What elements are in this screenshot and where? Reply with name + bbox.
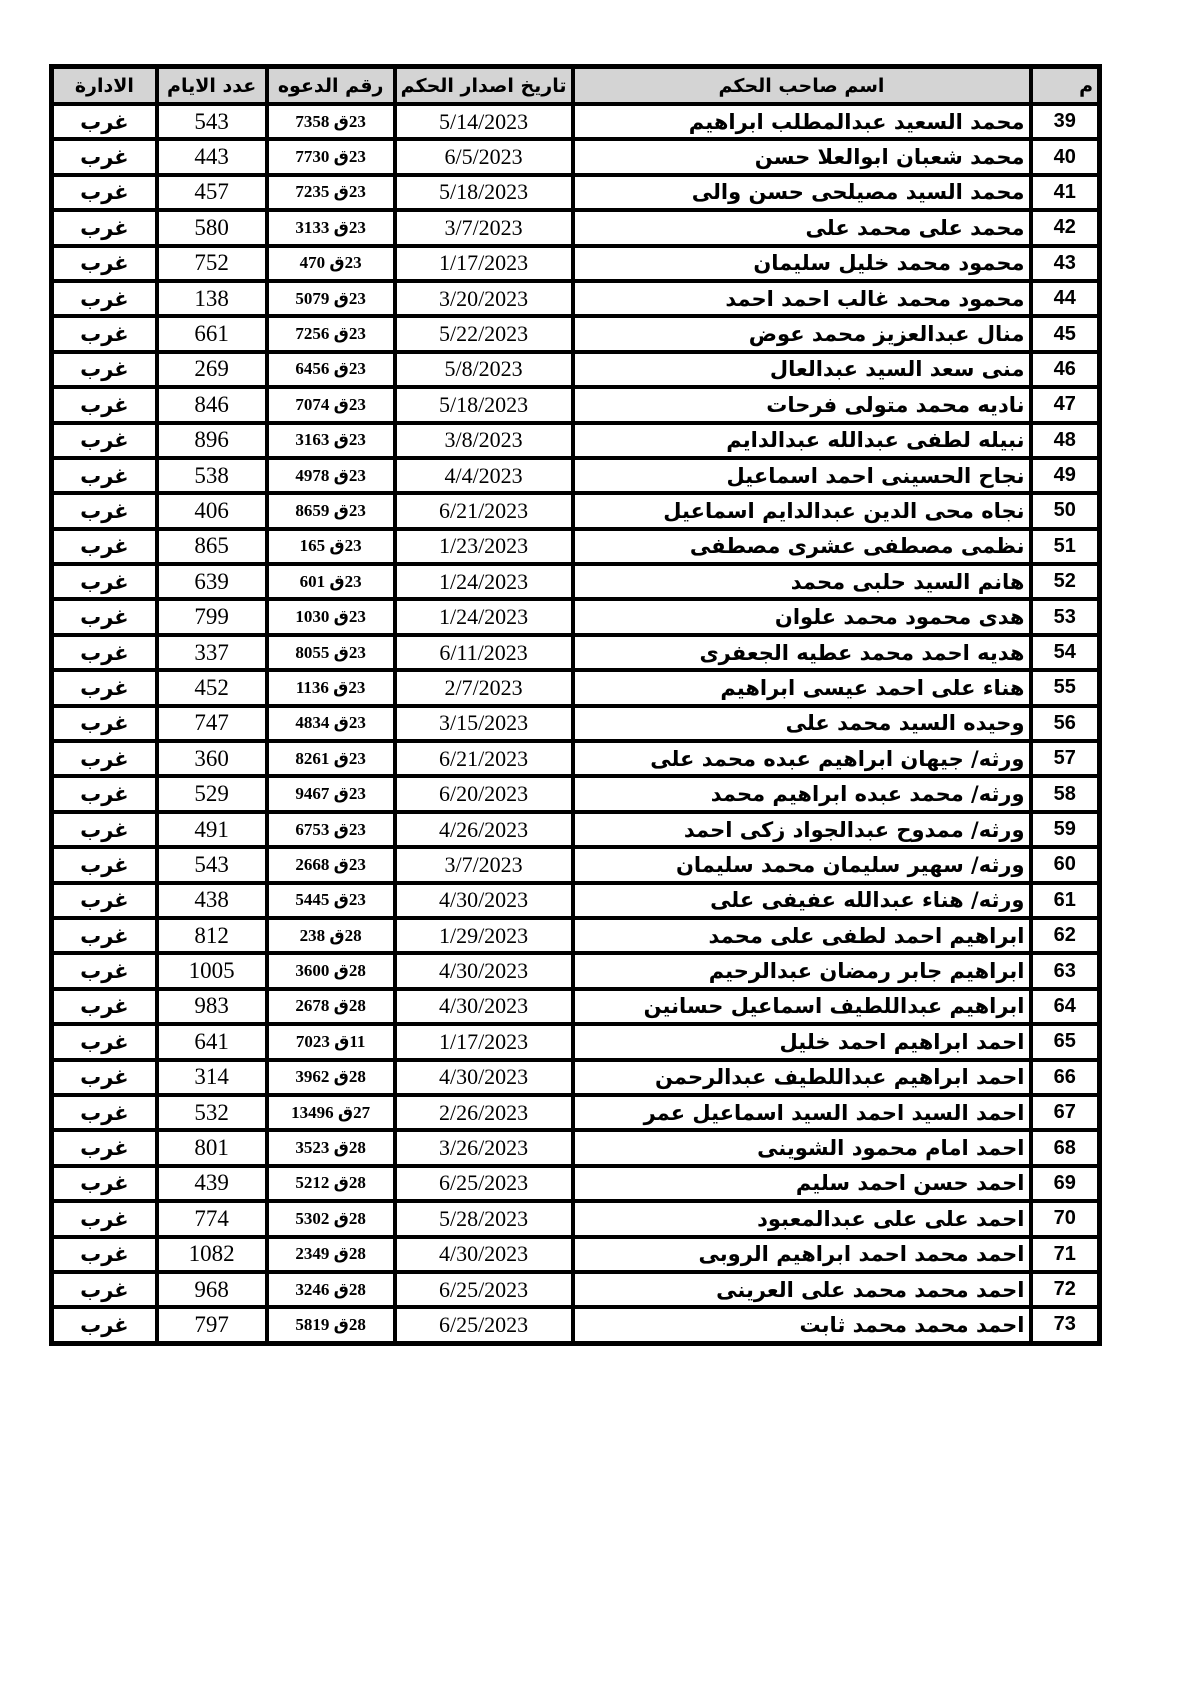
table-row: 65احمد ابراهيم احمد خليل1/17/20237023 ق1… bbox=[52, 1024, 1100, 1059]
seq-cell: 64 bbox=[1031, 989, 1100, 1024]
name-cell: ورثه/ ممدوح عبدالجواد زكى احمد bbox=[573, 812, 1031, 847]
table-row: 49نجاح الحسينى احمد اسماعيل4/4/20234978 … bbox=[52, 458, 1100, 493]
seq-cell: 60 bbox=[1031, 847, 1100, 882]
days-cell: 799 bbox=[157, 599, 267, 634]
case-cell: 238 ق28 bbox=[267, 918, 395, 953]
name-cell: احمد السيد احمد السيد اسماعيل عمر bbox=[573, 1095, 1031, 1130]
seq-cell: 42 bbox=[1031, 210, 1100, 245]
seq-cell: 50 bbox=[1031, 493, 1100, 528]
table-row: 43محمود محمد خليل سليمان1/17/2023470 ق23… bbox=[52, 246, 1100, 281]
date-cell: 6/5/2023 bbox=[395, 139, 573, 174]
date-cell: 6/11/2023 bbox=[395, 635, 573, 670]
admin-cell: غرب bbox=[52, 458, 157, 493]
date-cell: 3/15/2023 bbox=[395, 706, 573, 741]
seq-cell: 73 bbox=[1031, 1307, 1100, 1343]
table-row: 51نظمى مصطفى عشرى مصطفى1/23/2023165 ق238… bbox=[52, 529, 1100, 564]
seq-cell: 56 bbox=[1031, 706, 1100, 741]
days-cell: 269 bbox=[157, 352, 267, 387]
seq-cell: 54 bbox=[1031, 635, 1100, 670]
case-cell: 601 ق23 bbox=[267, 564, 395, 599]
admin-cell: غرب bbox=[52, 1201, 157, 1236]
name-cell: هديه احمد محمد عطيه الجعفرى bbox=[573, 635, 1031, 670]
header-days-count: عدد الايام bbox=[157, 67, 267, 105]
seq-cell: 39 bbox=[1031, 104, 1100, 139]
table-row: 68احمد امام محمود الشوينى3/26/20233523 ق… bbox=[52, 1130, 1100, 1165]
name-cell: احمد امام محمود الشوينى bbox=[573, 1130, 1031, 1165]
name-cell: محمد على محمد على bbox=[573, 210, 1031, 245]
name-cell: محمد شعبان ابوالعلا حسن bbox=[573, 139, 1031, 174]
date-cell: 6/21/2023 bbox=[395, 493, 573, 528]
name-cell: نجاه محى الدين عبدالدايم اسماعيل bbox=[573, 493, 1031, 528]
days-cell: 543 bbox=[157, 847, 267, 882]
table-row: 57ورثه/ جيهان ابراهيم عبده محمد على6/21/… bbox=[52, 741, 1100, 776]
table-body: 39محمد السعيد عبدالمطلب ابراهيم5/14/2023… bbox=[52, 104, 1100, 1343]
table-row: 41محمد السيد مصيلحى حسن والى5/18/2023723… bbox=[52, 175, 1100, 210]
date-cell: 4/30/2023 bbox=[395, 1060, 573, 1095]
date-cell: 3/8/2023 bbox=[395, 423, 573, 458]
name-cell: هدى محمود محمد علوان bbox=[573, 599, 1031, 634]
admin-cell: غرب bbox=[52, 599, 157, 634]
date-cell: 6/25/2023 bbox=[395, 1307, 573, 1343]
date-cell: 6/21/2023 bbox=[395, 741, 573, 776]
days-cell: 457 bbox=[157, 175, 267, 210]
date-cell: 5/14/2023 bbox=[395, 104, 573, 139]
days-cell: 774 bbox=[157, 1201, 267, 1236]
days-cell: 543 bbox=[157, 104, 267, 139]
case-cell: 7235 ق23 bbox=[267, 175, 395, 210]
name-cell: احمد محمد محمد ثابت bbox=[573, 1307, 1031, 1343]
days-cell: 443 bbox=[157, 139, 267, 174]
admin-cell: غرب bbox=[52, 989, 157, 1024]
days-cell: 865 bbox=[157, 529, 267, 564]
name-cell: احمد على على عبدالمعبود bbox=[573, 1201, 1031, 1236]
name-cell: احمد حسن احمد سليم bbox=[573, 1166, 1031, 1201]
case-cell: 2349 ق28 bbox=[267, 1237, 395, 1272]
table-row: 66احمد ابراهيم عبداللطيف عبدالرحمن4/30/2… bbox=[52, 1060, 1100, 1095]
days-cell: 1005 bbox=[157, 953, 267, 988]
table-row: 56وحيده السيد محمد على3/15/20234834 ق237… bbox=[52, 706, 1100, 741]
admin-cell: غرب bbox=[52, 741, 157, 776]
name-cell: منال عبدالعزيز محمد عوض bbox=[573, 316, 1031, 351]
seq-cell: 47 bbox=[1031, 387, 1100, 422]
seq-cell: 65 bbox=[1031, 1024, 1100, 1059]
case-cell: 1136 ق23 bbox=[267, 670, 395, 705]
table-row: 54هديه احمد محمد عطيه الجعفرى6/11/202380… bbox=[52, 635, 1100, 670]
days-cell: 1082 bbox=[157, 1237, 267, 1272]
table-row: 61ورثه/ هناء عبدالله عفيفى على4/30/20235… bbox=[52, 883, 1100, 918]
date-cell: 1/17/2023 bbox=[395, 1024, 573, 1059]
admin-cell: غرب bbox=[52, 1166, 157, 1201]
case-cell: 9467 ق23 bbox=[267, 776, 395, 811]
table-header: م اسم صاحب الحكم تاريخ اصدار الحكم رقم ا… bbox=[52, 67, 1100, 105]
name-cell: نجاح الحسينى احمد اسماعيل bbox=[573, 458, 1031, 493]
seq-cell: 55 bbox=[1031, 670, 1100, 705]
seq-cell: 59 bbox=[1031, 812, 1100, 847]
admin-cell: غرب bbox=[52, 1060, 157, 1095]
case-cell: 7256 ق23 bbox=[267, 316, 395, 351]
case-cell: 5445 ق23 bbox=[267, 883, 395, 918]
date-cell: 5/8/2023 bbox=[395, 352, 573, 387]
date-cell: 3/26/2023 bbox=[395, 1130, 573, 1165]
seq-cell: 51 bbox=[1031, 529, 1100, 564]
case-cell: 3246 ق28 bbox=[267, 1272, 395, 1307]
admin-cell: غرب bbox=[52, 281, 157, 316]
seq-cell: 71 bbox=[1031, 1237, 1100, 1272]
date-cell: 4/30/2023 bbox=[395, 989, 573, 1024]
admin-cell: غرب bbox=[52, 564, 157, 599]
name-cell: محمود محمد خليل سليمان bbox=[573, 246, 1031, 281]
name-cell: وحيده السيد محمد على bbox=[573, 706, 1031, 741]
table-row: 64ابراهيم عبداللطيف اسماعيل حسانين4/30/2… bbox=[52, 989, 1100, 1024]
days-cell: 439 bbox=[157, 1166, 267, 1201]
table-row: 69احمد حسن احمد سليم6/25/20235212 ق28439… bbox=[52, 1166, 1100, 1201]
days-cell: 983 bbox=[157, 989, 267, 1024]
case-cell: 7074 ق23 bbox=[267, 387, 395, 422]
name-cell: احمد ابراهيم احمد خليل bbox=[573, 1024, 1031, 1059]
header-row: م اسم صاحب الحكم تاريخ اصدار الحكم رقم ا… bbox=[52, 67, 1100, 105]
days-cell: 641 bbox=[157, 1024, 267, 1059]
case-cell: 1030 ق23 bbox=[267, 599, 395, 634]
name-cell: هناء على احمد عيسى ابراهيم bbox=[573, 670, 1031, 705]
days-cell: 538 bbox=[157, 458, 267, 493]
case-cell: 3600 ق28 bbox=[267, 953, 395, 988]
days-cell: 896 bbox=[157, 423, 267, 458]
seq-cell: 68 bbox=[1031, 1130, 1100, 1165]
days-cell: 529 bbox=[157, 776, 267, 811]
name-cell: احمد ابراهيم عبداللطيف عبدالرحمن bbox=[573, 1060, 1031, 1095]
seq-cell: 70 bbox=[1031, 1201, 1100, 1236]
table-row: 45منال عبدالعزيز محمد عوض5/22/20237256 ق… bbox=[52, 316, 1100, 351]
case-cell: 5819 ق28 bbox=[267, 1307, 395, 1343]
case-cell: 8659 ق23 bbox=[267, 493, 395, 528]
case-cell: 2668 ق23 bbox=[267, 847, 395, 882]
case-cell: 5079 ق23 bbox=[267, 281, 395, 316]
judgments-table: م اسم صاحب الحكم تاريخ اصدار الحكم رقم ا… bbox=[49, 64, 1102, 1346]
admin-cell: غرب bbox=[52, 918, 157, 953]
admin-cell: غرب bbox=[52, 1024, 157, 1059]
days-cell: 797 bbox=[157, 1307, 267, 1343]
case-cell: 6456 ق23 bbox=[267, 352, 395, 387]
table-row: 63ابراهيم جابر رمضان عبدالرحيم4/30/20233… bbox=[52, 953, 1100, 988]
admin-cell: غرب bbox=[52, 210, 157, 245]
name-cell: نظمى مصطفى عشرى مصطفى bbox=[573, 529, 1031, 564]
admin-cell: غرب bbox=[52, 352, 157, 387]
days-cell: 406 bbox=[157, 493, 267, 528]
table-row: 55هناء على احمد عيسى ابراهيم2/7/20231136… bbox=[52, 670, 1100, 705]
name-cell: ابراهيم جابر رمضان عبدالرحيم bbox=[573, 953, 1031, 988]
case-cell: 5212 ق28 bbox=[267, 1166, 395, 1201]
date-cell: 1/17/2023 bbox=[395, 246, 573, 281]
case-cell: 7023 ق11 bbox=[267, 1024, 395, 1059]
admin-cell: غرب bbox=[52, 883, 157, 918]
seq-cell: 72 bbox=[1031, 1272, 1100, 1307]
days-cell: 580 bbox=[157, 210, 267, 245]
days-cell: 661 bbox=[157, 316, 267, 351]
date-cell: 3/20/2023 bbox=[395, 281, 573, 316]
date-cell: 6/25/2023 bbox=[395, 1272, 573, 1307]
table-row: 50نجاه محى الدين عبدالدايم اسماعيل6/21/2… bbox=[52, 493, 1100, 528]
case-cell: 2678 ق28 bbox=[267, 989, 395, 1024]
header-issue-date: تاريخ اصدار الحكم bbox=[395, 67, 573, 105]
days-cell: 747 bbox=[157, 706, 267, 741]
table-row: 42محمد على محمد على3/7/20233133 ق23580غر… bbox=[52, 210, 1100, 245]
admin-cell: غرب bbox=[52, 670, 157, 705]
seq-cell: 63 bbox=[1031, 953, 1100, 988]
admin-cell: غرب bbox=[52, 175, 157, 210]
name-cell: ابراهيم احمد لطفى على محمد bbox=[573, 918, 1031, 953]
admin-cell: غرب bbox=[52, 423, 157, 458]
admin-cell: غرب bbox=[52, 847, 157, 882]
header-name: اسم صاحب الحكم bbox=[573, 67, 1031, 105]
seq-cell: 66 bbox=[1031, 1060, 1100, 1095]
case-cell: 3962 ق28 bbox=[267, 1060, 395, 1095]
seq-cell: 46 bbox=[1031, 352, 1100, 387]
table-row: 62ابراهيم احمد لطفى على محمد1/29/2023238… bbox=[52, 918, 1100, 953]
date-cell: 6/25/2023 bbox=[395, 1166, 573, 1201]
seq-cell: 52 bbox=[1031, 564, 1100, 599]
case-cell: 13496 ق27 bbox=[267, 1095, 395, 1130]
date-cell: 1/24/2023 bbox=[395, 599, 573, 634]
admin-cell: غرب bbox=[52, 635, 157, 670]
table-row: 44محمود محمد غالب احمد احمد3/20/20235079… bbox=[52, 281, 1100, 316]
case-cell: 7730 ق23 bbox=[267, 139, 395, 174]
admin-cell: غرب bbox=[52, 104, 157, 139]
date-cell: 1/24/2023 bbox=[395, 564, 573, 599]
date-cell: 2/26/2023 bbox=[395, 1095, 573, 1130]
name-cell: نبيله لطفى عبدالله عبدالدايم bbox=[573, 423, 1031, 458]
table-row: 59ورثه/ ممدوح عبدالجواد زكى احمد4/26/202… bbox=[52, 812, 1100, 847]
table-row: 71احمد محمد احمد ابراهيم الروبى4/30/2023… bbox=[52, 1237, 1100, 1272]
seq-cell: 45 bbox=[1031, 316, 1100, 351]
case-cell: 7358 ق23 bbox=[267, 104, 395, 139]
table-row: 67احمد السيد احمد السيد اسماعيل عمر2/26/… bbox=[52, 1095, 1100, 1130]
days-cell: 314 bbox=[157, 1060, 267, 1095]
admin-cell: غرب bbox=[52, 246, 157, 281]
header-admin: الادارة bbox=[52, 67, 157, 105]
days-cell: 639 bbox=[157, 564, 267, 599]
seq-cell: 57 bbox=[1031, 741, 1100, 776]
admin-cell: غرب bbox=[52, 387, 157, 422]
table-row: 53هدى محمود محمد علوان1/24/20231030 ق237… bbox=[52, 599, 1100, 634]
days-cell: 491 bbox=[157, 812, 267, 847]
admin-cell: غرب bbox=[52, 493, 157, 528]
date-cell: 4/4/2023 bbox=[395, 458, 573, 493]
date-cell: 6/20/2023 bbox=[395, 776, 573, 811]
table-row: 73احمد محمد محمد ثابت6/25/20235819 ق2879… bbox=[52, 1307, 1100, 1343]
seq-cell: 40 bbox=[1031, 139, 1100, 174]
case-cell: 3133 ق23 bbox=[267, 210, 395, 245]
admin-cell: غرب bbox=[52, 1130, 157, 1165]
days-cell: 532 bbox=[157, 1095, 267, 1130]
admin-cell: غرب bbox=[52, 139, 157, 174]
table-row: 46منى سعد السيد عبدالعال5/8/20236456 ق23… bbox=[52, 352, 1100, 387]
name-cell: محمد السيد مصيلحى حسن والى bbox=[573, 175, 1031, 210]
seq-cell: 41 bbox=[1031, 175, 1100, 210]
name-cell: ورثه/ هناء عبدالله عفيفى على bbox=[573, 883, 1031, 918]
seq-cell: 61 bbox=[1031, 883, 1100, 918]
name-cell: ورثه/ سهير سليمان محمد سليمان bbox=[573, 847, 1031, 882]
date-cell: 2/7/2023 bbox=[395, 670, 573, 705]
days-cell: 801 bbox=[157, 1130, 267, 1165]
seq-cell: 44 bbox=[1031, 281, 1100, 316]
admin-cell: غرب bbox=[52, 706, 157, 741]
table-row: 47ناديه محمد متولى فرحات5/18/20237074 ق2… bbox=[52, 387, 1100, 422]
date-cell: 1/23/2023 bbox=[395, 529, 573, 564]
seq-cell: 43 bbox=[1031, 246, 1100, 281]
days-cell: 812 bbox=[157, 918, 267, 953]
admin-cell: غرب bbox=[52, 812, 157, 847]
case-cell: 5302 ق28 bbox=[267, 1201, 395, 1236]
name-cell: احمد محمد محمد على العرينى bbox=[573, 1272, 1031, 1307]
admin-cell: غرب bbox=[52, 776, 157, 811]
header-seq: م bbox=[1031, 67, 1100, 105]
case-cell: 165 ق23 bbox=[267, 529, 395, 564]
name-cell: محمود محمد غالب احمد احمد bbox=[573, 281, 1031, 316]
document-page: م اسم صاحب الحكم تاريخ اصدار الحكم رقم ا… bbox=[0, 0, 1190, 1683]
date-cell: 4/26/2023 bbox=[395, 812, 573, 847]
name-cell: هانم السيد حلبى محمد bbox=[573, 564, 1031, 599]
case-cell: 4978 ق23 bbox=[267, 458, 395, 493]
date-cell: 5/22/2023 bbox=[395, 316, 573, 351]
table-row: 58ورثه/ محمد عبده ابراهيم محمد6/20/20239… bbox=[52, 776, 1100, 811]
admin-cell: غرب bbox=[52, 1307, 157, 1343]
days-cell: 360 bbox=[157, 741, 267, 776]
name-cell: منى سعد السيد عبدالعال bbox=[573, 352, 1031, 387]
admin-cell: غرب bbox=[52, 1237, 157, 1272]
date-cell: 4/30/2023 bbox=[395, 953, 573, 988]
days-cell: 438 bbox=[157, 883, 267, 918]
case-cell: 470 ق23 bbox=[267, 246, 395, 281]
table-row: 60ورثه/ سهير سليمان محمد سليمان3/7/20232… bbox=[52, 847, 1100, 882]
name-cell: ناديه محمد متولى فرحات bbox=[573, 387, 1031, 422]
name-cell: ورثه/ جيهان ابراهيم عبده محمد على bbox=[573, 741, 1031, 776]
date-cell: 1/29/2023 bbox=[395, 918, 573, 953]
seq-cell: 49 bbox=[1031, 458, 1100, 493]
case-cell: 6753 ق23 bbox=[267, 812, 395, 847]
table-row: 48نبيله لطفى عبدالله عبدالدايم3/8/202331… bbox=[52, 423, 1100, 458]
header-case-number: رقم الدعوه bbox=[267, 67, 395, 105]
case-cell: 8055 ق23 bbox=[267, 635, 395, 670]
case-cell: 3163 ق23 bbox=[267, 423, 395, 458]
date-cell: 4/30/2023 bbox=[395, 883, 573, 918]
table-row: 52هانم السيد حلبى محمد1/24/2023601 ق2363… bbox=[52, 564, 1100, 599]
days-cell: 968 bbox=[157, 1272, 267, 1307]
seq-cell: 53 bbox=[1031, 599, 1100, 634]
admin-cell: غرب bbox=[52, 1095, 157, 1130]
seq-cell: 69 bbox=[1031, 1166, 1100, 1201]
admin-cell: غرب bbox=[52, 316, 157, 351]
date-cell: 3/7/2023 bbox=[395, 847, 573, 882]
seq-cell: 48 bbox=[1031, 423, 1100, 458]
name-cell: محمد السعيد عبدالمطلب ابراهيم bbox=[573, 104, 1031, 139]
days-cell: 138 bbox=[157, 281, 267, 316]
name-cell: احمد محمد احمد ابراهيم الروبى bbox=[573, 1237, 1031, 1272]
seq-cell: 67 bbox=[1031, 1095, 1100, 1130]
days-cell: 337 bbox=[157, 635, 267, 670]
case-cell: 8261 ق23 bbox=[267, 741, 395, 776]
table-row: 70احمد على على عبدالمعبود5/28/20235302 ق… bbox=[52, 1201, 1100, 1236]
table-row: 39محمد السعيد عبدالمطلب ابراهيم5/14/2023… bbox=[52, 104, 1100, 139]
date-cell: 4/30/2023 bbox=[395, 1237, 573, 1272]
date-cell: 3/7/2023 bbox=[395, 210, 573, 245]
date-cell: 5/18/2023 bbox=[395, 175, 573, 210]
table-row: 40محمد شعبان ابوالعلا حسن6/5/20237730 ق2… bbox=[52, 139, 1100, 174]
admin-cell: غرب bbox=[52, 1272, 157, 1307]
days-cell: 846 bbox=[157, 387, 267, 422]
case-cell: 3523 ق28 bbox=[267, 1130, 395, 1165]
date-cell: 5/28/2023 bbox=[395, 1201, 573, 1236]
admin-cell: غرب bbox=[52, 953, 157, 988]
days-cell: 452 bbox=[157, 670, 267, 705]
date-cell: 5/18/2023 bbox=[395, 387, 573, 422]
case-cell: 4834 ق23 bbox=[267, 706, 395, 741]
days-cell: 752 bbox=[157, 246, 267, 281]
name-cell: ورثه/ محمد عبده ابراهيم محمد bbox=[573, 776, 1031, 811]
admin-cell: غرب bbox=[52, 529, 157, 564]
table-row: 72احمد محمد محمد على العرينى6/25/2023324… bbox=[52, 1272, 1100, 1307]
seq-cell: 58 bbox=[1031, 776, 1100, 811]
seq-cell: 62 bbox=[1031, 918, 1100, 953]
name-cell: ابراهيم عبداللطيف اسماعيل حسانين bbox=[573, 989, 1031, 1024]
